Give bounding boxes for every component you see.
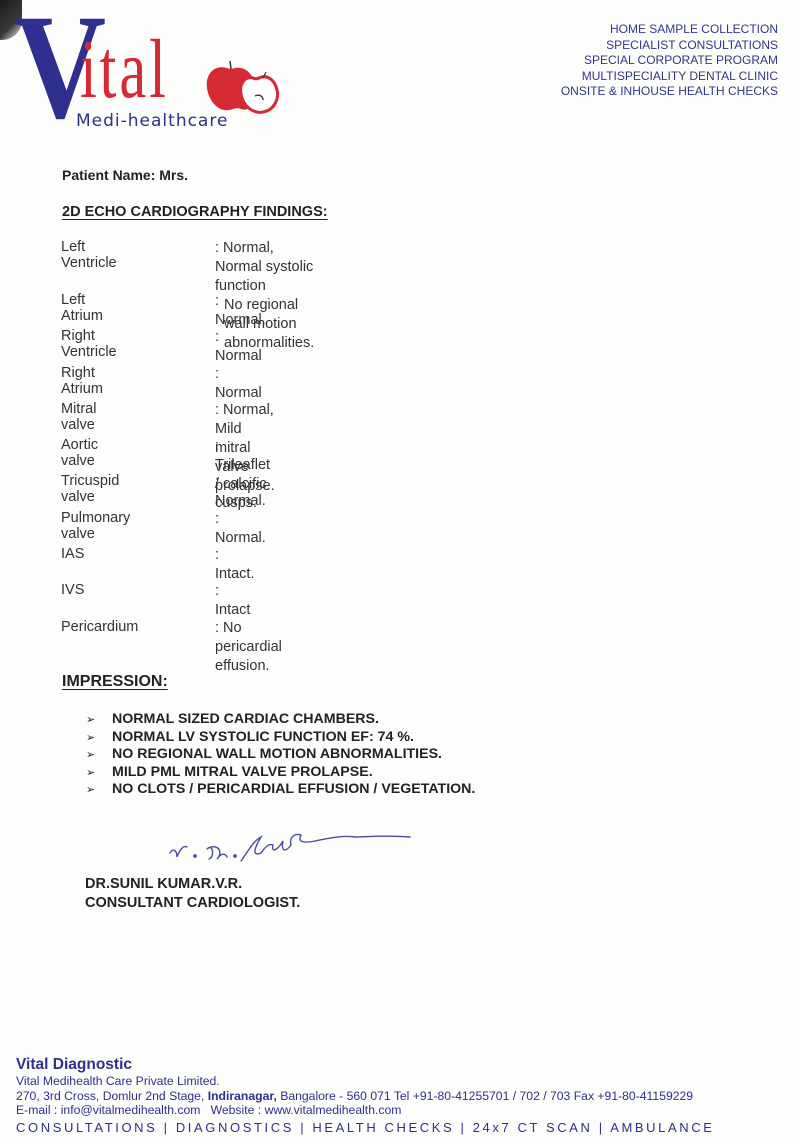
- finding-label: Pulmonary valve: [61, 510, 130, 542]
- finding-label: IVS: [61, 582, 84, 598]
- impression-text: NO CLOTS / PERICARDIAL EFFUSION / VEGETA…: [112, 781, 475, 797]
- arrow-bullet-icon: ➢: [86, 765, 112, 783]
- finding-value-line: : Normal: [215, 366, 262, 401]
- finding-value-line: : Intact: [215, 583, 250, 618]
- signature-scribble: [165, 823, 415, 868]
- finding-value-line: : Normal.: [215, 474, 266, 509]
- findings-title: 2D ECHO CARDIOGRAPHY FINDINGS:: [62, 204, 328, 220]
- service-item: SPECIALIST CONSULTATIONS: [561, 38, 778, 54]
- finding-value: : Intact: [215, 582, 250, 620]
- arrow-bullet-icon: ➢: [86, 730, 112, 748]
- address-contact: Bangalore - 560 071 Tel +91-80-41255701 …: [277, 1089, 693, 1103]
- signatory-block: DR.SUNIL KUMAR.V.R. CONSULTANT CARDIOLOG…: [85, 875, 300, 913]
- service-item: ONSITE & INHOUSE HEALTH CHECKS: [561, 84, 778, 100]
- footer-company: Vital Medihealth Care Private Limited.: [16, 1074, 715, 1089]
- impression-item: ➢MILD PML MITRAL VALVE PROLAPSE.: [86, 764, 475, 782]
- finding-value-line: : No pericardial effusion.: [215, 620, 282, 674]
- finding-value-line: : Intact.: [215, 547, 255, 582]
- doctor-title: CONSULTANT CARDIOLOGIST.: [85, 894, 300, 913]
- finding-value: : Normal: [215, 328, 262, 366]
- logo-name: ital: [80, 28, 169, 112]
- website-label: Website :: [200, 1103, 264, 1117]
- finding-label: IAS: [61, 546, 84, 562]
- apple-icon: [205, 60, 280, 115]
- finding-value: : No pericardial effusion.: [215, 619, 282, 676]
- service-item: HOME SAMPLE COLLECTION: [561, 22, 778, 38]
- impression-text: MILD PML MITRAL VALVE PROLAPSE.: [112, 764, 373, 780]
- finding-value: : Intact.: [215, 546, 255, 584]
- patient-name: Patient Name: Mrs.: [62, 167, 188, 183]
- arrow-bullet-icon: ➢: [86, 782, 112, 800]
- impression-text: NO REGIONAL WALL MOTION ABNORMALITIES.: [112, 746, 442, 762]
- impression-item: ➢NORMAL LV SYSTOLIC FUNCTION EF: 74 %.: [86, 729, 475, 747]
- impression-title: IMPRESSION:: [62, 673, 168, 691]
- impression-text: NORMAL SIZED CARDIAC CHAMBERS.: [112, 711, 379, 727]
- logo-tagline: Medi-healthcare: [76, 111, 228, 131]
- arrow-bullet-icon: ➢: [86, 712, 112, 730]
- finding-value: : Normal.: [215, 473, 266, 511]
- finding-label: Right Ventricle: [61, 328, 117, 360]
- arrow-bullet-icon: ➢: [86, 747, 112, 765]
- email-label: E-mail :: [16, 1103, 61, 1117]
- email-link[interactable]: info@vitalmedihealth.com: [61, 1103, 201, 1117]
- address-part: 270, 3rd Cross, Domlur 2nd Stage,: [16, 1089, 208, 1103]
- finding-label: Tricuspid valve: [61, 473, 119, 505]
- services-list: HOME SAMPLE COLLECTION SPECIALIST CONSUL…: [561, 22, 778, 100]
- website-link[interactable]: www.vitalmedihealth.com: [265, 1103, 402, 1117]
- finding-value: : Normal.: [215, 510, 266, 548]
- finding-label: Mitral valve: [61, 401, 96, 433]
- finding-value-line: : Normal: [215, 329, 262, 364]
- finding-value-line: : Normal, Normal systolic function: [215, 240, 313, 294]
- impression-item: ➢NORMAL SIZED CARDIAC CHAMBERS.: [86, 711, 475, 729]
- finding-value: : Normal: [215, 365, 262, 403]
- footer-contact: E-mail : info@vitalmedihealth.com Websit…: [16, 1103, 715, 1118]
- finding-value: : Normal.: [215, 292, 266, 330]
- address-locality: Indiranagar,: [208, 1089, 277, 1103]
- finding-value-line: : Normal.: [215, 293, 266, 328]
- doctor-name: DR.SUNIL KUMAR.V.R.: [85, 875, 300, 894]
- impression-item: ➢NO REGIONAL WALL MOTION ABNORMALITIES.: [86, 746, 475, 764]
- service-item: MULTISPECIALITY DENTAL CLINIC: [561, 69, 778, 85]
- finding-label: Right Atrium: [61, 365, 103, 397]
- service-item: SPECIAL CORPORATE PROGRAM: [561, 53, 778, 69]
- finding-label: Aortic valve: [61, 437, 98, 469]
- impression-list: ➢NORMAL SIZED CARDIAC CHAMBERS.➢NORMAL L…: [86, 711, 475, 799]
- finding-value-line: : Normal.: [215, 511, 266, 546]
- finding-label: Left Ventricle: [61, 239, 117, 271]
- impression-item: ➢NO CLOTS / PERICARDIAL EFFUSION / VEGET…: [86, 781, 475, 799]
- impression-text: NORMAL LV SYSTOLIC FUNCTION EF: 74 %.: [112, 729, 414, 745]
- footer-services: CONSULTATIONS | DIAGNOSTICS | HEALTH CHE…: [16, 1119, 715, 1136]
- finding-label: Left Atrium: [61, 292, 103, 324]
- footer-org-name: Vital Diagnostic: [16, 1055, 715, 1074]
- finding-label: Pericardium: [61, 619, 138, 635]
- letterhead-footer: Vital Diagnostic Vital Medihealth Care P…: [16, 1055, 715, 1136]
- footer-address: 270, 3rd Cross, Domlur 2nd Stage, Indira…: [16, 1089, 715, 1104]
